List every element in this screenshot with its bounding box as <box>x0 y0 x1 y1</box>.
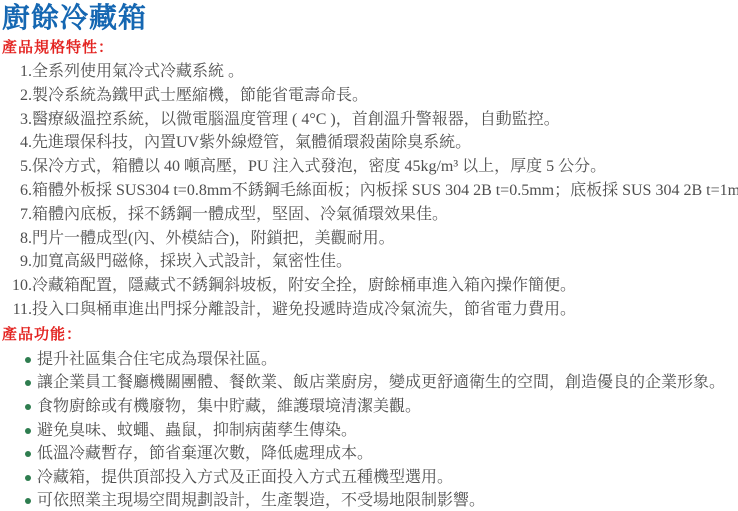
function-item-text: 避免臭味、蚊蠅、蟲鼠，抑制病菌孳生傳染。 <box>25 422 357 439</box>
spec-item-text: 冷藏箱配置，隱藏式不銹鋼斜坡板，附安全拴，廚餘桶車進入箱內操作簡便。 <box>32 277 576 294</box>
spec-item: 4.先進環保科技，內置UV紫外線燈管，氣體循環殺菌除臭系統。 <box>2 131 738 155</box>
function-item: 可依照業主現場空間規劃設計，生產製造，不受場地限制影響。 <box>2 489 738 511</box>
spec-item-number: 7. <box>2 203 32 227</box>
spec-item: 3.醫療級溫控系統，以微電腦溫度管理 ( 4°C )，首創溫升警報器，自動監控。 <box>2 108 738 132</box>
function-item-text: 可依照業主現場空間規劃設計，生產製造，不受場地限制影響。 <box>25 492 485 509</box>
function-item: 低溫冷藏暫存，節省棄運次數，降低處理成本。 <box>2 442 738 466</box>
spec-item: 6.箱體外板採 SUS304 t=0.8mm不銹鋼毛絲面板；內板採 SUS 30… <box>2 179 738 203</box>
spec-item-text: 投入口與桶車進出門採分離設計，避免投遞時造成冷氣流失，節省電力費用。 <box>32 301 576 318</box>
function-item: 冷藏箱，提供頂部投入方式及正面投入方式五種機型選用。 <box>2 466 738 490</box>
spec-item-number: 3. <box>2 108 32 132</box>
function-item: 讓企業員工餐廳機關團體、餐飲業、飯店業廚房，變成更舒適衛生的空間，創造優良的企業… <box>2 371 738 395</box>
page-title: 廚餘冷藏箱 <box>2 3 738 33</box>
spec-item-number: 6. <box>2 179 32 203</box>
spec-item: 5.保冷方式，箱體以 40 噸高壓，PU 注入式發泡，密度 45kg/m³ 以上… <box>2 155 738 179</box>
spec-item: 1.全系列使用氣冷式冷藏系統 。 <box>2 60 738 84</box>
bullet-icon <box>25 475 31 481</box>
spec-item-number: 10. <box>2 274 32 298</box>
spec-item-number: 1. <box>2 60 32 84</box>
bullet-icon <box>25 357 31 363</box>
spec-item-number: 11. <box>2 298 32 322</box>
spec-item-number: 4. <box>2 131 32 155</box>
function-item-text: 低溫冷藏暫存，節省棄運次數，降低處理成本。 <box>25 445 373 462</box>
spec-item-text: 門片一體成型(內、外模結合)，附鎖把，美觀耐用。 <box>32 230 395 247</box>
function-item: 提升社區集合住宅成為環保社區。 <box>2 348 738 372</box>
function-item: 避免臭味、蚊蠅、蟲鼠，抑制病菌孳生傳染。 <box>2 419 738 443</box>
spec-item-text: 箱體內底板，採不銹鋼一體成型，堅固、冷氣循環效果佳。 <box>32 206 448 223</box>
function-item-text: 冷藏箱，提供頂部投入方式及正面投入方式五種機型選用。 <box>25 469 453 486</box>
spec-item-number: 5. <box>2 155 32 179</box>
function-item: 食物廚餘或有機廢物，集中貯藏，維護環境清潔美觀。 <box>2 395 738 419</box>
spec-item-text: 保冷方式，箱體以 40 噸高壓，PU 注入式發泡，密度 45kg/m³ 以上，厚… <box>32 158 606 175</box>
spec-item-text: 醫療級溫控系統，以微電腦溫度管理 ( 4°C )，首創溫升警報器，自動監控。 <box>32 111 560 128</box>
spec-item: 10.冷藏箱配置，隱藏式不銹鋼斜坡板，附安全拴，廚餘桶車進入箱內操作簡便。 <box>2 274 738 298</box>
spec-item: 8.門片一體成型(內、外模結合)，附鎖把，美觀耐用。 <box>2 227 738 251</box>
spec-item-text: 先進環保科技，內置UV紫外線燈管，氣體循環殺菌除臭系統。 <box>32 134 471 151</box>
functions-list: 提升社區集合住宅成為環保社區。 讓企業員工餐廳機關團體、餐飲業、飯店業廚房，變成… <box>2 348 738 511</box>
function-item-text: 食物廚餘或有機廢物，集中貯藏，維護環境清潔美觀。 <box>25 398 421 415</box>
spec-item-number: 9. <box>2 250 32 274</box>
spec-item: 2.製冷系統為鐵甲武士壓縮機，節能省電壽命長。 <box>2 84 738 108</box>
spec-item-text: 加寬高級門磁條，採崁入式設計，氣密性佳。 <box>32 253 352 270</box>
bullet-icon <box>25 428 31 434</box>
bullet-icon <box>25 404 31 410</box>
spec-item: 9.加寬高級門磁條，採崁入式設計，氣密性佳。 <box>2 250 738 274</box>
function-item-text: 讓企業員工餐廳機關團體、餐飲業、飯店業廚房，變成更舒適衛生的空間，創造優良的企業… <box>25 374 725 391</box>
specs-list: 1.全系列使用氣冷式冷藏系統 。 2.製冷系統為鐵甲武士壓縮機，節能省電壽命長。… <box>2 60 738 322</box>
spec-item: 11.投入口與桶車進出門採分離設計，避免投遞時造成冷氣流失，節省電力費用。 <box>2 298 738 322</box>
specs-heading: 產品規格特性： <box>2 39 738 57</box>
spec-item-number: 2. <box>2 84 32 108</box>
function-item-text: 提升社區集合住宅成為環保社區。 <box>25 351 277 368</box>
spec-item-text: 製冷系統為鐵甲武士壓縮機，節能省電壽命長。 <box>32 87 368 104</box>
spec-item: 7.箱體內底板，採不銹鋼一體成型，堅固、冷氣循環效果佳。 <box>2 203 738 227</box>
product-page: 廚餘冷藏箱 產品規格特性： 1.全系列使用氣冷式冷藏系統 。 2.製冷系統為鐵甲… <box>0 0 738 511</box>
spec-item-number: 8. <box>2 227 32 251</box>
spec-item-text: 全系列使用氣冷式冷藏系統 。 <box>32 63 244 80</box>
functions-heading: 產品功能： <box>2 326 738 344</box>
spec-item-text: 箱體外板採 SUS304 t=0.8mm不銹鋼毛絲面板；內板採 SUS 304 … <box>32 182 738 199</box>
